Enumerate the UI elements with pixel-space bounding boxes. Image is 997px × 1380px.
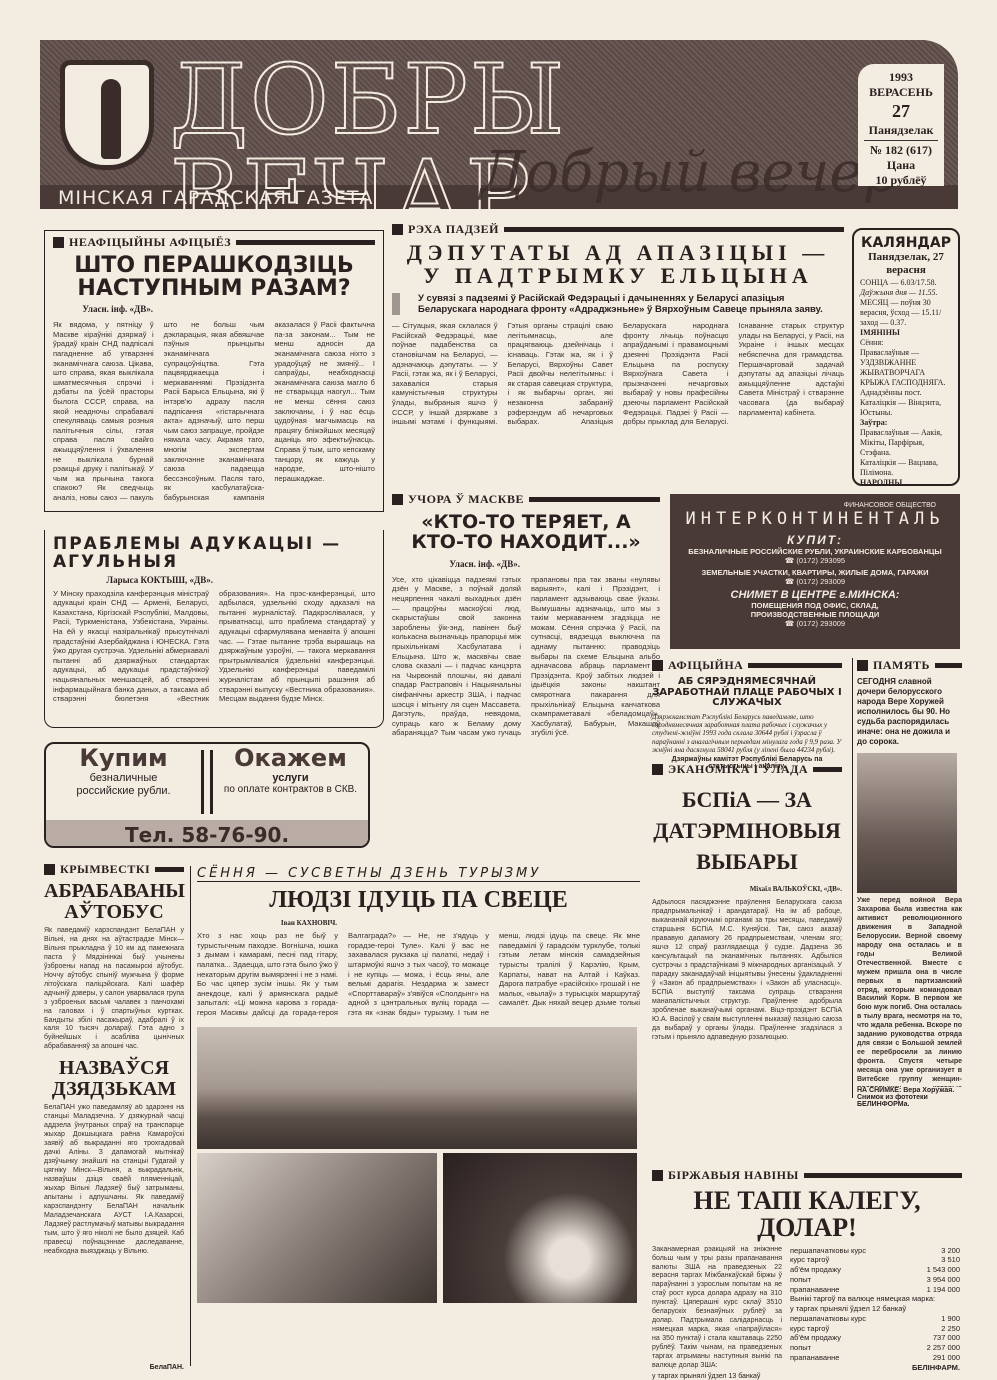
usd-rate-row: прапанаванне1 194 000 [790, 1285, 960, 1295]
section-square-icon [652, 764, 663, 775]
namedays-title: ІМЯНІНЫ [860, 328, 952, 338]
usd-rate-row: першапачатковы курс3 200 [790, 1246, 960, 1256]
section-tag: ПАМЯТЬ [857, 658, 962, 673]
folk-calendar-title: НАРОДНЫ КАЛЯНДАР: [860, 478, 952, 486]
credit: БелаПАН. [44, 1364, 184, 1371]
section-square-icon [392, 224, 403, 235]
newspaper-script-title: Добрый вечер [480, 140, 898, 205]
portrait-photo [857, 753, 957, 893]
newspaper-subtitle: МІНСКАЯ ГАРАДСКАЯ ГАЗЕТА [58, 187, 374, 209]
namedays-orthodox-tomorrow: Праваслаўныя — Аакія, Мікіты, Парфірыя, … [860, 428, 952, 458]
article-body: Усе, хто цікавіцца падзеямі гэтых дзён у… [392, 575, 660, 853]
divider [864, 140, 938, 141]
calendar-box: КАЛЯНДАР Панядзелак, 27 верасня СОНЦА — … [852, 228, 960, 486]
issue-year: 1993 [858, 70, 944, 85]
ad-divider [201, 750, 213, 814]
calendar-sun: СОНЦА — 6.03/17.58. [860, 278, 952, 288]
dm-rate-row: першапачатковы курс1 900 [790, 1314, 960, 1324]
article-body: Адбылося пасяджэнне праўлення Беларускаг… [652, 899, 842, 1099]
namedays-tomorrow-label: Заўтра: [860, 418, 952, 428]
usd-rate-row: попыт3 954 000 [790, 1275, 960, 1285]
article-body: Заканамерная рэакцыяй на зніжэнне больш … [652, 1246, 782, 1371]
issue-month: ВЕРАСЕНЬ [858, 85, 944, 100]
ad-left-column: Купим безналичные российские рубли. [46, 744, 201, 820]
ad-company-name: ИНТЕРКОНТИНЕНТАЛЬ [674, 509, 956, 529]
article-lead: СЕГОДНЯ славной дочери белорусского наро… [857, 677, 962, 747]
ad-left-title: Купим [46, 744, 201, 772]
dm-rate-row: прапанаванне291 000 [790, 1353, 960, 1363]
tents-photo [197, 1027, 637, 1149]
kayak-photo [197, 1153, 437, 1303]
photo-caption: НА СНИМКЕ: Вера Хоружая. [857, 1087, 962, 1094]
article-wages: АФІЦЫЙНА АБ СЯРЭДНЯМЕСЯЧНАЙ ЗАРАБОТНАЙ П… [652, 658, 842, 758]
dm-banks: у таргах прынялі ўдзел 12 банкаў [790, 1304, 960, 1314]
headline-2: НАЗВАЎСЯ ДЗЯДЗЬКАМ [44, 1058, 184, 1100]
usd-banks: у таргах прынялі ўдзел 13 банкаў [652, 1373, 782, 1380]
dm-rate-row: попыт2 257 000 [790, 1343, 960, 1353]
price-label: Цана [858, 158, 944, 173]
article-body: — Сітуацыя, якая склалася ў Расійскай Фе… [392, 321, 844, 431]
article-body: У Мінску праходзіла канферэнцыя міністра… [53, 589, 375, 739]
usd-rate-row: курс таргоў3 510 [790, 1255, 960, 1265]
section-square-icon [652, 660, 663, 671]
ad-right-title: Окажем [213, 744, 368, 772]
ad-right-subtitle: услуги [213, 772, 368, 784]
headline: АБ СЯРЭДНЯМЕСЯЧНАЙ ЗАРАБОТНАЙ ПЛАЦЕ РАБО… [652, 677, 842, 709]
ad-right-text: по оплате контрактов в СКВ. [213, 784, 368, 796]
usd-rate-row: аб'ём продажу1 543 000 [790, 1265, 960, 1275]
headline: «КТО-ТО ТЕРЯЕТ, А КТО-ТО НАХОДИТ...» [392, 513, 660, 553]
namedays-catholic-tomorrow: Каталіцкія — Вацлава, Пілімона. [860, 458, 952, 478]
article-events: РЭХА ПАДЗЕЙ ДЭПУТАТЫ АД АПАЗІЦЫІ — У ПАД… [392, 222, 844, 417]
headline: ШТО ПЕРАШКОДЗІЦЬ НАСТУПНЫМ РАЗАМ? [53, 254, 375, 300]
ad-phone-1: ☎ (0172) 293095 [674, 556, 956, 565]
headline: БСПіА — ЗА ДАТЭРМІНОВЫЯ ВЫБАРЫ [652, 785, 842, 877]
article-body-2: БелаПАН ужо паведамляў аб здарэнні на ст… [44, 1104, 184, 1364]
article-tourism: СЁННЯ — СУСВЕТНЫ ДЗЕНЬ ТУРЫЗМУ ЛЮДЗІ ІДУ… [190, 866, 640, 1366]
calendar-moon: МЕСЯЦ — поўня 30 верасня, ўсход — 15.11/… [860, 298, 952, 328]
namedays-orthodox-today: Праваслаўныя — УЗДЗВІЖАННЕ ЖЫВАТВОРЧАГА … [860, 348, 952, 398]
dm-rate-row: курс таргоў2 250 [790, 1324, 960, 1334]
section-tag: УЧОРА Ў МАСКВЕ [392, 492, 660, 507]
section-tag: БІРЖАВЫЯ НАВІНЫ [652, 1168, 962, 1183]
article-crime: КРЫМВЕСТКІ АБРАБАВАНЫ АЎТОБУС Як паведам… [44, 862, 184, 1362]
byline: Іван КАХНОВІЧ. [197, 919, 337, 927]
ad-phone-3: ☎ (0172) 293009 [674, 619, 956, 628]
byline: Уласн. інф. «ДВ». [392, 559, 520, 569]
section-square-icon [53, 237, 64, 248]
minsk-crest-icon [60, 60, 154, 170]
article-memory: ПАМЯТЬ СЕГОДНЯ славной дочери белорусско… [852, 658, 962, 1098]
dm-rate-row: аб'ём продажу737 000 [790, 1333, 960, 1343]
headline: ДЭПУТАТЫ АД АПАЗІЦЫІ — У ПАДТРЫМКУ ЕЛЬЦЫ… [392, 241, 844, 287]
section-square-icon [857, 660, 868, 671]
section-square-icon [44, 864, 55, 875]
section-tag: НЕАФІЦЫЙНЫ АФІЦЫЁЗ [53, 235, 375, 250]
rates-table: першапачатковы курс3 200 курс таргоў3 51… [790, 1246, 960, 1380]
article-body: Як вядома, у пятніцу ў Маскве кіраўнікі … [53, 320, 375, 510]
article-economy: ЭКАНОМІКА І ЎЛАДА БСПіА — ЗА ДАТЭРМІНОВЫ… [652, 762, 842, 1082]
ad-phone-2: ☎ (0172) 293009 [674, 577, 956, 586]
calendar-date: Панядзелак, 27 верасня [860, 251, 952, 279]
article-unofficial: НЕАФІЦЫЙНЫ АФІЦЫЁЗ ШТО ПЕРАШКОДЗІЦЬ НАСТ… [44, 230, 384, 512]
ad-buy-services: Купим безналичные российские рубли. Окаж… [44, 742, 370, 848]
headline: ЛЮДЗІ ІДУЦЬ ПА СВЕЦЕ [197, 888, 640, 913]
section-tag: КРЫМВЕСТКІ [44, 862, 184, 877]
article-exchange: БІРЖАВЫЯ НАВІНЫ НЕ ТАПІ КАЛЕГУ, ДОЛАР! З… [652, 1168, 962, 1358]
headline: ПРАБЛЕМЫ АДУКАЦЫІ — АГУЛЬНЫЯ [53, 536, 375, 572]
section-tag: СЁННЯ — СУСВЕТНЫ ДЗЕНЬ ТУРЫЗМУ [197, 866, 640, 882]
ad-tagline: ФИНАНСОВОЕ ОБЩЕСТВО [674, 502, 956, 509]
article-lead: У сувязі з падзеямі ў Расійскай Федэрацы… [392, 293, 844, 315]
issue-number: № 182 (617) [858, 143, 944, 158]
section-square-icon [652, 1170, 663, 1181]
price-value: 10 рублёў [858, 173, 944, 188]
article-body: Уже перед войной Вера Захарова была изве… [857, 897, 962, 1087]
section-tag: РЭХА ПАДЗЕЙ [392, 222, 844, 237]
article-body: Дзяржкамстат Рэспублікі Беларусь паведам… [652, 713, 842, 755]
section-square-icon [392, 494, 403, 505]
photo-credit: Снимок из фототеки БЕЛИНФОРМа. [857, 1094, 962, 1108]
section-tag: АФІЦЫЙНА [652, 658, 842, 673]
ad-intercontinental: ФИНАНСОВОЕ ОБЩЕСТВО ИНТЕРКОНТИНЕНТАЛЬ КУ… [670, 494, 960, 649]
namedays-catholic-today: Каталіцкія — Вінцэнта, Юстыны. [860, 398, 952, 418]
ad-buy-title: КУПИТ: [674, 533, 956, 547]
article-education: ПРАБЛЕМЫ АДУКАЦЫІ — АГУЛЬНЫЯ Ларыса КОКТ… [44, 530, 384, 728]
ad-left-text: безналичные российские рубли. [46, 772, 201, 798]
ad-buy-item-1: БЕЗНАЛИЧНЫЕ РОССИЙСКИЕ РУБЛИ, УКРАИНСКИЕ… [674, 547, 956, 556]
headline: НЕ ТАПІ КАЛЕГУ, ДОЛАР! [652, 1187, 962, 1242]
issue-day: 27 [858, 100, 944, 123]
ad-rent-item: ПОМЕЩЕНИЯ ПОД ОФИС, СКЛАД, ПРОИЗВОДСТВЕН… [674, 601, 956, 619]
issue-datebox: 1993 ВЕРАСЕНЬ 27 Панядзелак № 182 (617) … [858, 64, 944, 186]
campfire-photo [443, 1153, 637, 1303]
article-body: Хто з нас хоць раз не быў у турыстычным … [197, 931, 640, 1021]
byline: Міхаіл ВАЛЬКОЎСКІ, «ДВ». [652, 885, 842, 893]
article-body-1: Як паведаміў карэспандэнт БелаПАН у Віль… [44, 927, 184, 1052]
ad-rent-title: СНИМЕТ В ЦЕНТРЕ г.МИНСКА: [674, 589, 956, 601]
ad-buy-item-2: ЗЕМЕЛЬНЫЕ УЧАСТКИ, КВАРТИРЫ, ЖИЛЫЕ ДОМА,… [674, 568, 956, 577]
byline: Уласн. інф. «ДВ». [53, 304, 153, 314]
calendar-daylength: Даўжыня дня — 11.55. [860, 288, 952, 298]
section-tag: ЭКАНОМІКА І ЎЛАДА [652, 762, 842, 777]
article-moscow: УЧОРА Ў МАСКВЕ «КТО-ТО ТЕРЯЕТ, А КТО-ТО … [392, 492, 660, 852]
namedays-today-label: Сёння: [860, 338, 952, 348]
madonna-figure-icon [101, 79, 121, 159]
ad-phone: Тел. 58-76-90. [46, 820, 368, 848]
masthead: ДОБРЫ ВЕЧАР Добрый вечер МІНСКАЯ ГАРАДСК… [40, 40, 958, 210]
calendar-title: КАЛЯНДАР [860, 236, 952, 251]
byline: Ларыса КОКТЫШ, «ДВ». [53, 575, 213, 585]
headline-1: АБРАБАВАНЫ АЎТОБУС [44, 881, 184, 923]
issue-weekday: Панядзелак [858, 123, 944, 138]
ad-right-column: Окажем услуги по оплате контрактов в СКВ… [213, 744, 368, 820]
credit: БЕЛІНФАРМ. [790, 1363, 960, 1373]
dm-intro: Вынікі таргоў па валюце нямецкая марка: [790, 1294, 960, 1304]
